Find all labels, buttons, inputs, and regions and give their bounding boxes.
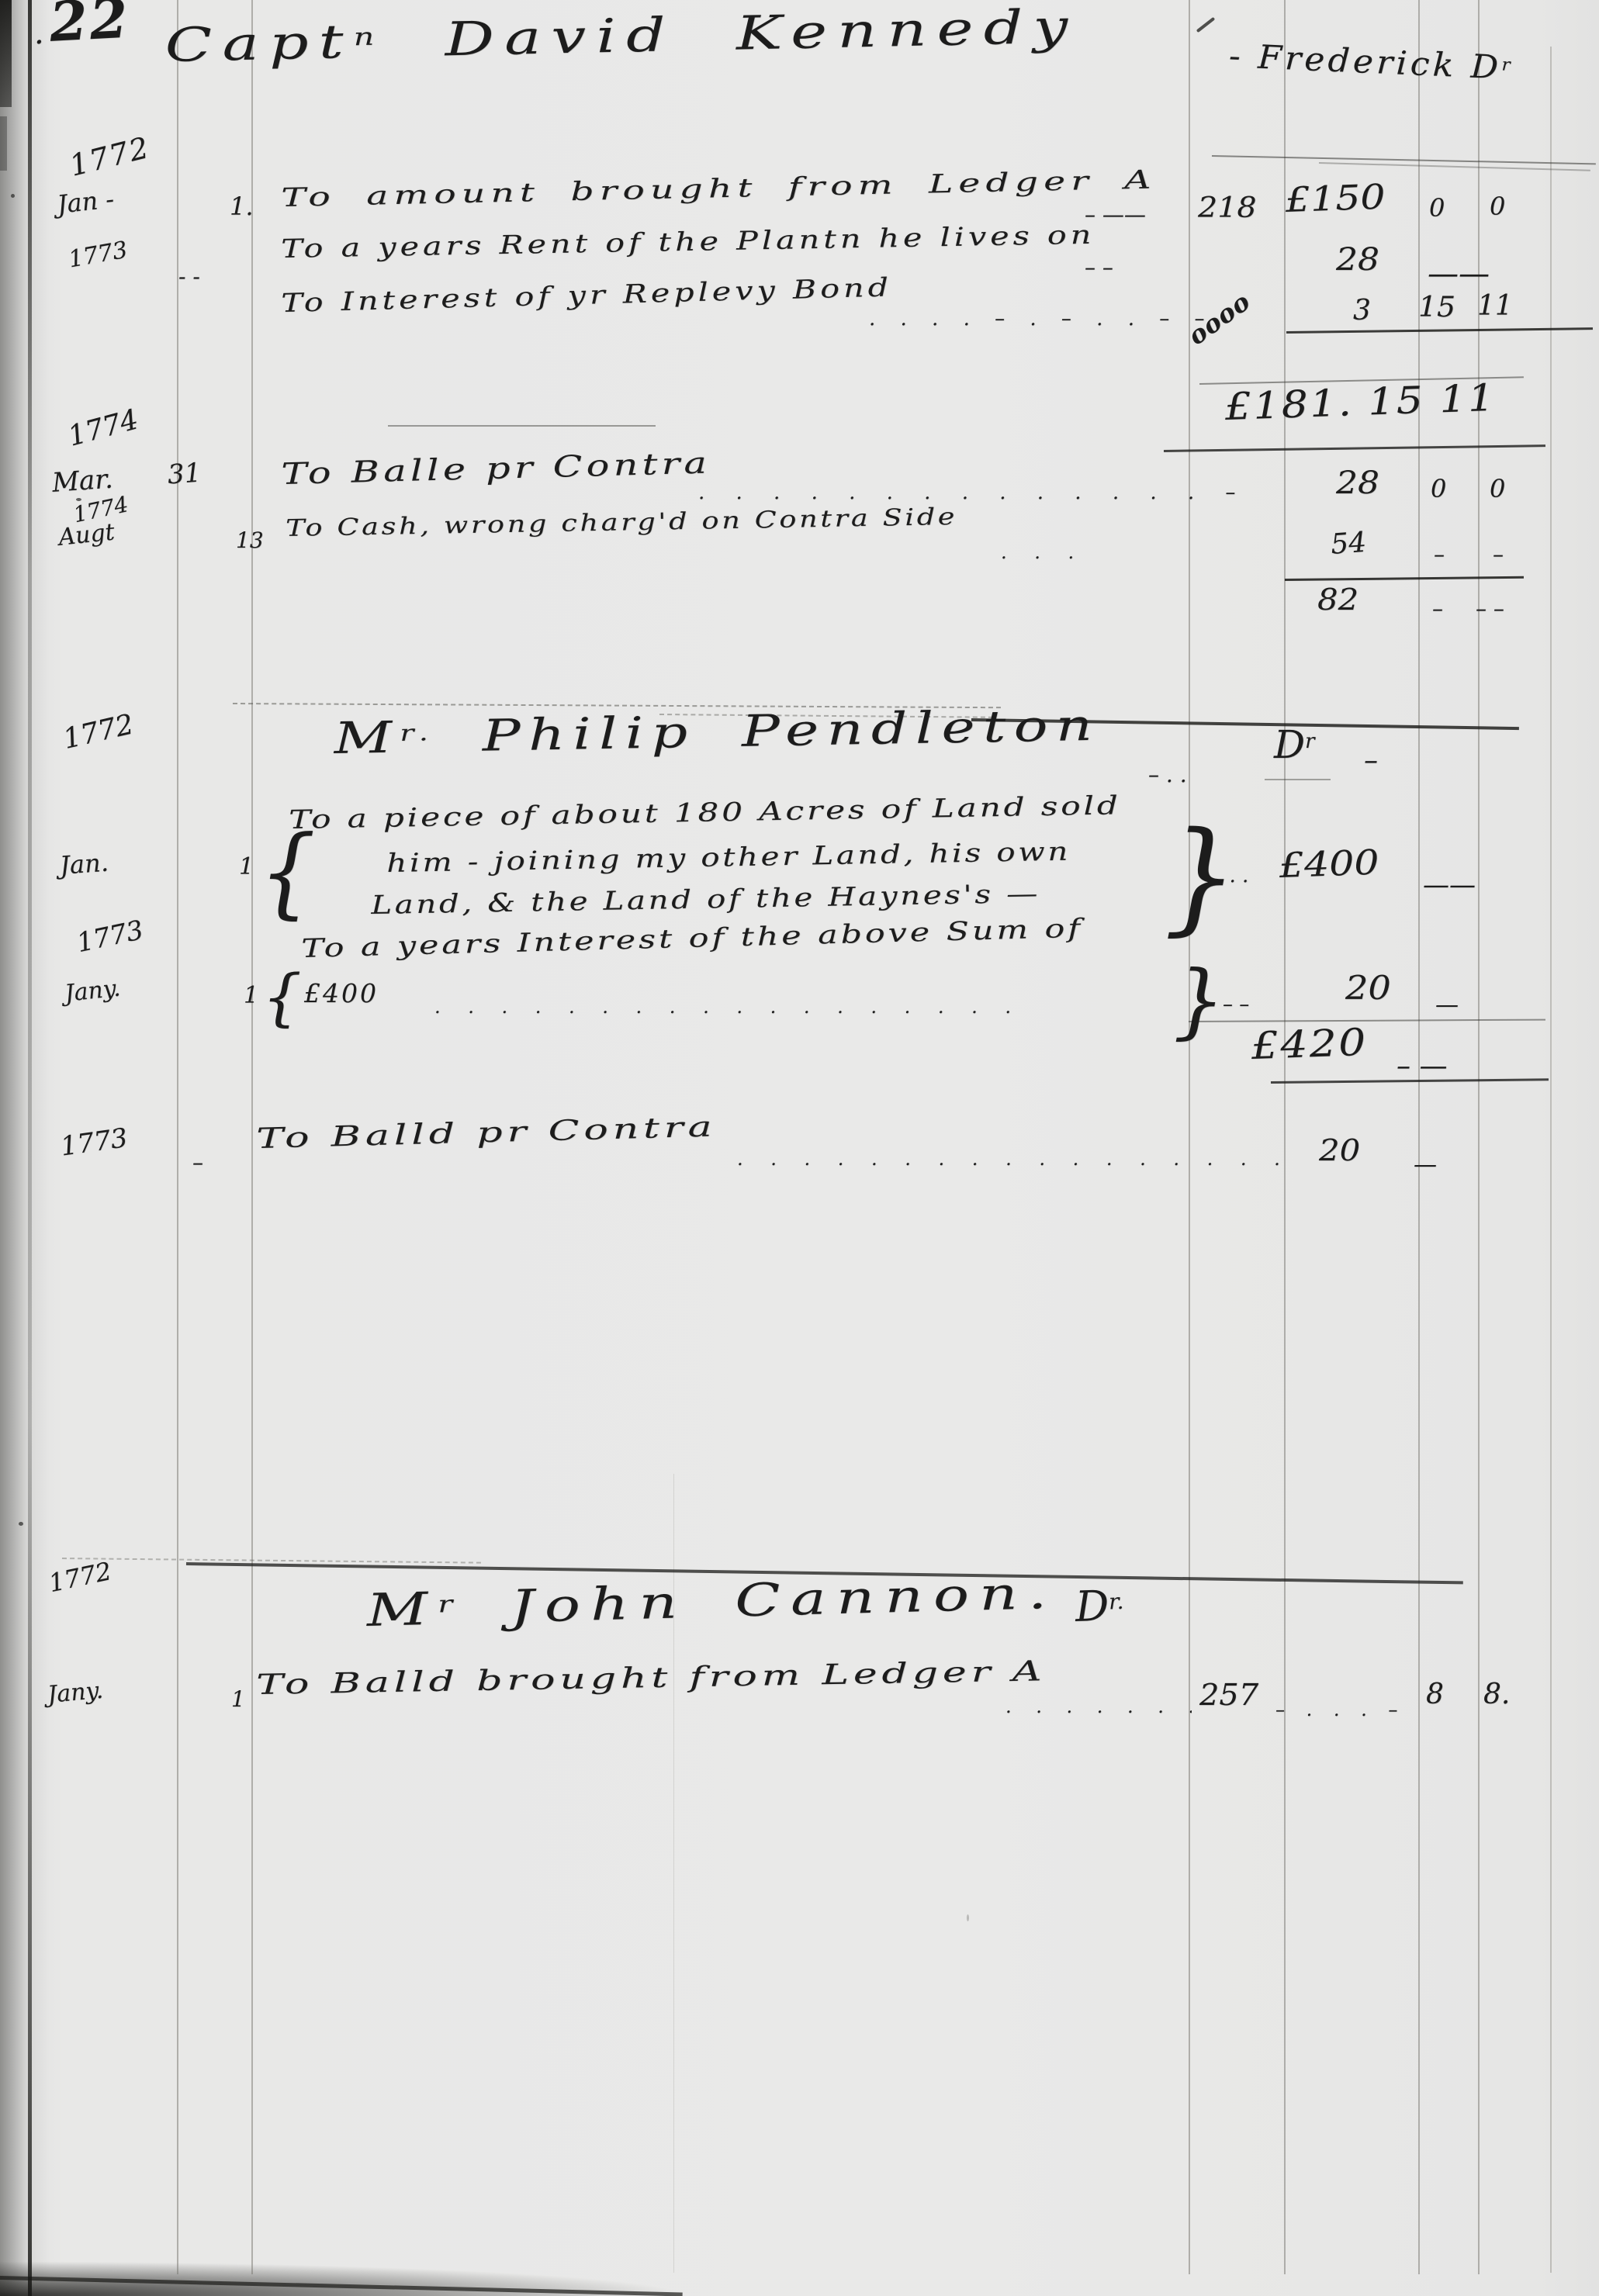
entry-number: 1 [244, 984, 258, 1008]
leader-dots: . . . . . . . . . . . . . . . . . . . . … [434, 998, 1040, 1017]
brace-open: { [259, 824, 316, 922]
title-suffix-text: D [1274, 722, 1305, 767]
amount-shillings: — [1414, 1153, 1437, 1177]
amount-pounds: £400 [1279, 845, 1379, 885]
rule-under-pendleton-dr [1265, 779, 1331, 780]
amount-pounds: 28 [1336, 467, 1379, 500]
ink-speck [11, 194, 15, 198]
title-suffix-superscript: r [1501, 55, 1514, 75]
amount-pounds: 28 [1336, 244, 1379, 276]
rule-under-replevy [1286, 327, 1593, 334]
ink-speck [19, 1522, 23, 1526]
folio-reference: 257 [1199, 1680, 1258, 1711]
account-title-pendleton-suffix: Dr [1274, 724, 1315, 766]
entry-description-line: £400 [304, 980, 379, 1008]
account-title-kennedy-suffix: - Frederick Dr [1228, 39, 1514, 85]
total-dash: – — [1397, 1052, 1447, 1081]
title-text: M [366, 1582, 438, 1637]
entry-number: 1 [231, 1688, 245, 1710]
margin-year: 1773 [74, 917, 146, 958]
title-text: Philip Pendleton [436, 700, 1101, 762]
section-separator-2a [62, 1558, 481, 1564]
leader-dots: . . . . . . . . . [1005, 1697, 1192, 1717]
entry-number: 1. [230, 194, 254, 220]
title-text: Capt [164, 15, 355, 73]
amount-shillings: — [1435, 993, 1459, 1018]
account-title-pendleton: Mr. Philip Pendleton [334, 704, 1101, 762]
brace-open: { [262, 966, 302, 1029]
margin-year: 1772 [67, 133, 153, 182]
entry-date-dash: – [192, 1151, 203, 1174]
title-text: John Cannon. [462, 1566, 1057, 1634]
title-suffix-superscript: r [1305, 730, 1314, 753]
column-rule-dayno [251, 0, 253, 2274]
amount-pounds: 54 [1330, 528, 1367, 560]
column-rule-shillings [1418, 0, 1420, 2274]
leader-dots: . . . . . . . . . . . . . . – [698, 482, 1272, 503]
column-rule-folio [1189, 0, 1190, 2274]
rule-mid-left-segment [388, 425, 656, 427]
margin-year: 1772 [61, 710, 137, 754]
column-rule-pence [1478, 0, 1480, 2274]
entry-number: 1 [239, 855, 254, 880]
amount-pence: 0 [1490, 194, 1505, 220]
amount-pence: 11 [1477, 292, 1513, 321]
rule-pendleton-total-top [1189, 1019, 1545, 1022]
amount-shillings: —— [1428, 258, 1490, 290]
amount-shillings: – [1434, 543, 1445, 565]
pen-mark-top-right [1196, 17, 1216, 33]
column-rule-date-left [177, 0, 178, 2274]
entry-description: To amount brought from Ledger A [281, 166, 1157, 211]
rule-under-total1 [1164, 444, 1545, 452]
leader-dashes: – . . . – . – [1275, 1700, 1415, 1720]
leader-dots: . . . . . . . . . . . . . . . . . . . . … [737, 1150, 1280, 1169]
ink-speck [967, 1914, 969, 1921]
title-superscript: r [438, 1591, 463, 1619]
amount-shillings: 0 [1429, 195, 1445, 222]
margin-year: 1774 [65, 405, 141, 451]
title-suffix-text: D [1075, 1581, 1109, 1630]
title-leader-dots: – . . [1148, 763, 1265, 786]
entry-date: Mar. 31 [51, 460, 202, 498]
entry-description: To Interest of yr Replevy Bond [281, 274, 892, 316]
leader-dashes: – – [1085, 256, 1185, 278]
amount-pence: 0 [1490, 476, 1505, 503]
entry-description-line: him - joining my other Land, his own [386, 839, 1071, 877]
binding-gutter-line [28, 0, 32, 2296]
subtotal-shillings: – [1432, 597, 1443, 620]
brace-close: } [1173, 960, 1225, 1042]
leader-dots: . . . [1217, 866, 1279, 887]
amount-shillings: —— [1423, 872, 1476, 900]
entry-description-line: To a years Interest of the above Sum of [301, 915, 1083, 963]
amount-shillings: 0 [1431, 476, 1446, 503]
margin-year: 1773 [67, 238, 130, 272]
margin-year: 1773 [59, 1125, 130, 1161]
entry-description: To Balld brought from Ledger A [256, 1657, 1047, 1700]
header-rule-right-a [1212, 155, 1596, 164]
rule-sum-82 [1285, 576, 1524, 581]
entry-description: To Cash, wrong charg'd on Contra Side [286, 505, 957, 541]
entry-date: Augt [57, 520, 116, 550]
account-subtotal: 82 [1317, 585, 1358, 616]
title-suffix-text: - Frederick D [1228, 36, 1502, 86]
amount-pence: – [1493, 543, 1504, 565]
account-total: £420 [1251, 1023, 1368, 1067]
entry-description: To a years Rent of the Plantn he lives o… [281, 222, 1095, 263]
entry-number: 13 [236, 529, 264, 552]
entry-date: Jan. [59, 850, 109, 880]
leader-dashes: – – [1223, 994, 1293, 1015]
amount-shillings: 8 [1426, 1680, 1444, 1710]
entry-description: To Balld pr Contra [256, 1112, 717, 1153]
column-rule-right-edge [1550, 47, 1552, 2273]
entry-date: Jany. [64, 977, 122, 1007]
title-superscript: n [353, 22, 384, 51]
entry-date-dash: - - [178, 265, 200, 288]
entry-date: Jany. [47, 1679, 104, 1708]
leader-dashes: – —— [1085, 203, 1193, 226]
subtotal-pence: – – [1476, 597, 1504, 620]
binding-corner-dark [0, 0, 12, 107]
amount-pounds: 20 [1319, 1136, 1360, 1167]
amount-pounds: 3 [1353, 296, 1371, 326]
title-superscript: r. [400, 719, 436, 746]
amount-pence: 8. [1483, 1680, 1510, 1710]
margin-year: 1772 [47, 1558, 114, 1597]
entry-description-line: To a piece of about 180 Acres of Land so… [289, 792, 1121, 833]
page-number-dot: . [34, 17, 44, 50]
page-number: 22 [48, 0, 131, 50]
entry-date: Jan - [56, 186, 116, 218]
amount-shillings: 15 [1418, 293, 1455, 323]
folio-reference: 218 [1198, 194, 1257, 223]
binding-corner-dark-2 [0, 116, 7, 171]
account-title-kennedy: Captn David Kennedy [164, 2, 1078, 71]
ledger-page: . 22 Captn David Kennedy - Frederick Dr … [0, 0, 1599, 2296]
entry-description: To Balle pr Contra [281, 448, 711, 490]
account-title-cannon-suffix: Dr. [1075, 1584, 1125, 1630]
account-title-cannon: Mr John Cannon. [366, 1569, 1057, 1634]
account-total: £181. 15 11 [1224, 379, 1497, 427]
leader-dots: . . . [1001, 543, 1117, 562]
title-text: M [334, 713, 400, 764]
title-suffix-superscript: r. [1108, 1589, 1123, 1615]
binding-gutter-shade [0, 0, 50, 2296]
amount-pounds: 20 [1345, 971, 1391, 1005]
entry-description-line: Land, & the Land of the Haynes's — [371, 880, 1040, 919]
amount-pounds: £150 [1285, 180, 1386, 220]
column-rule-pounds [1284, 0, 1286, 2274]
title-text: David Kennedy [384, 0, 1078, 68]
title-suffix-dash: – [1364, 746, 1378, 776]
